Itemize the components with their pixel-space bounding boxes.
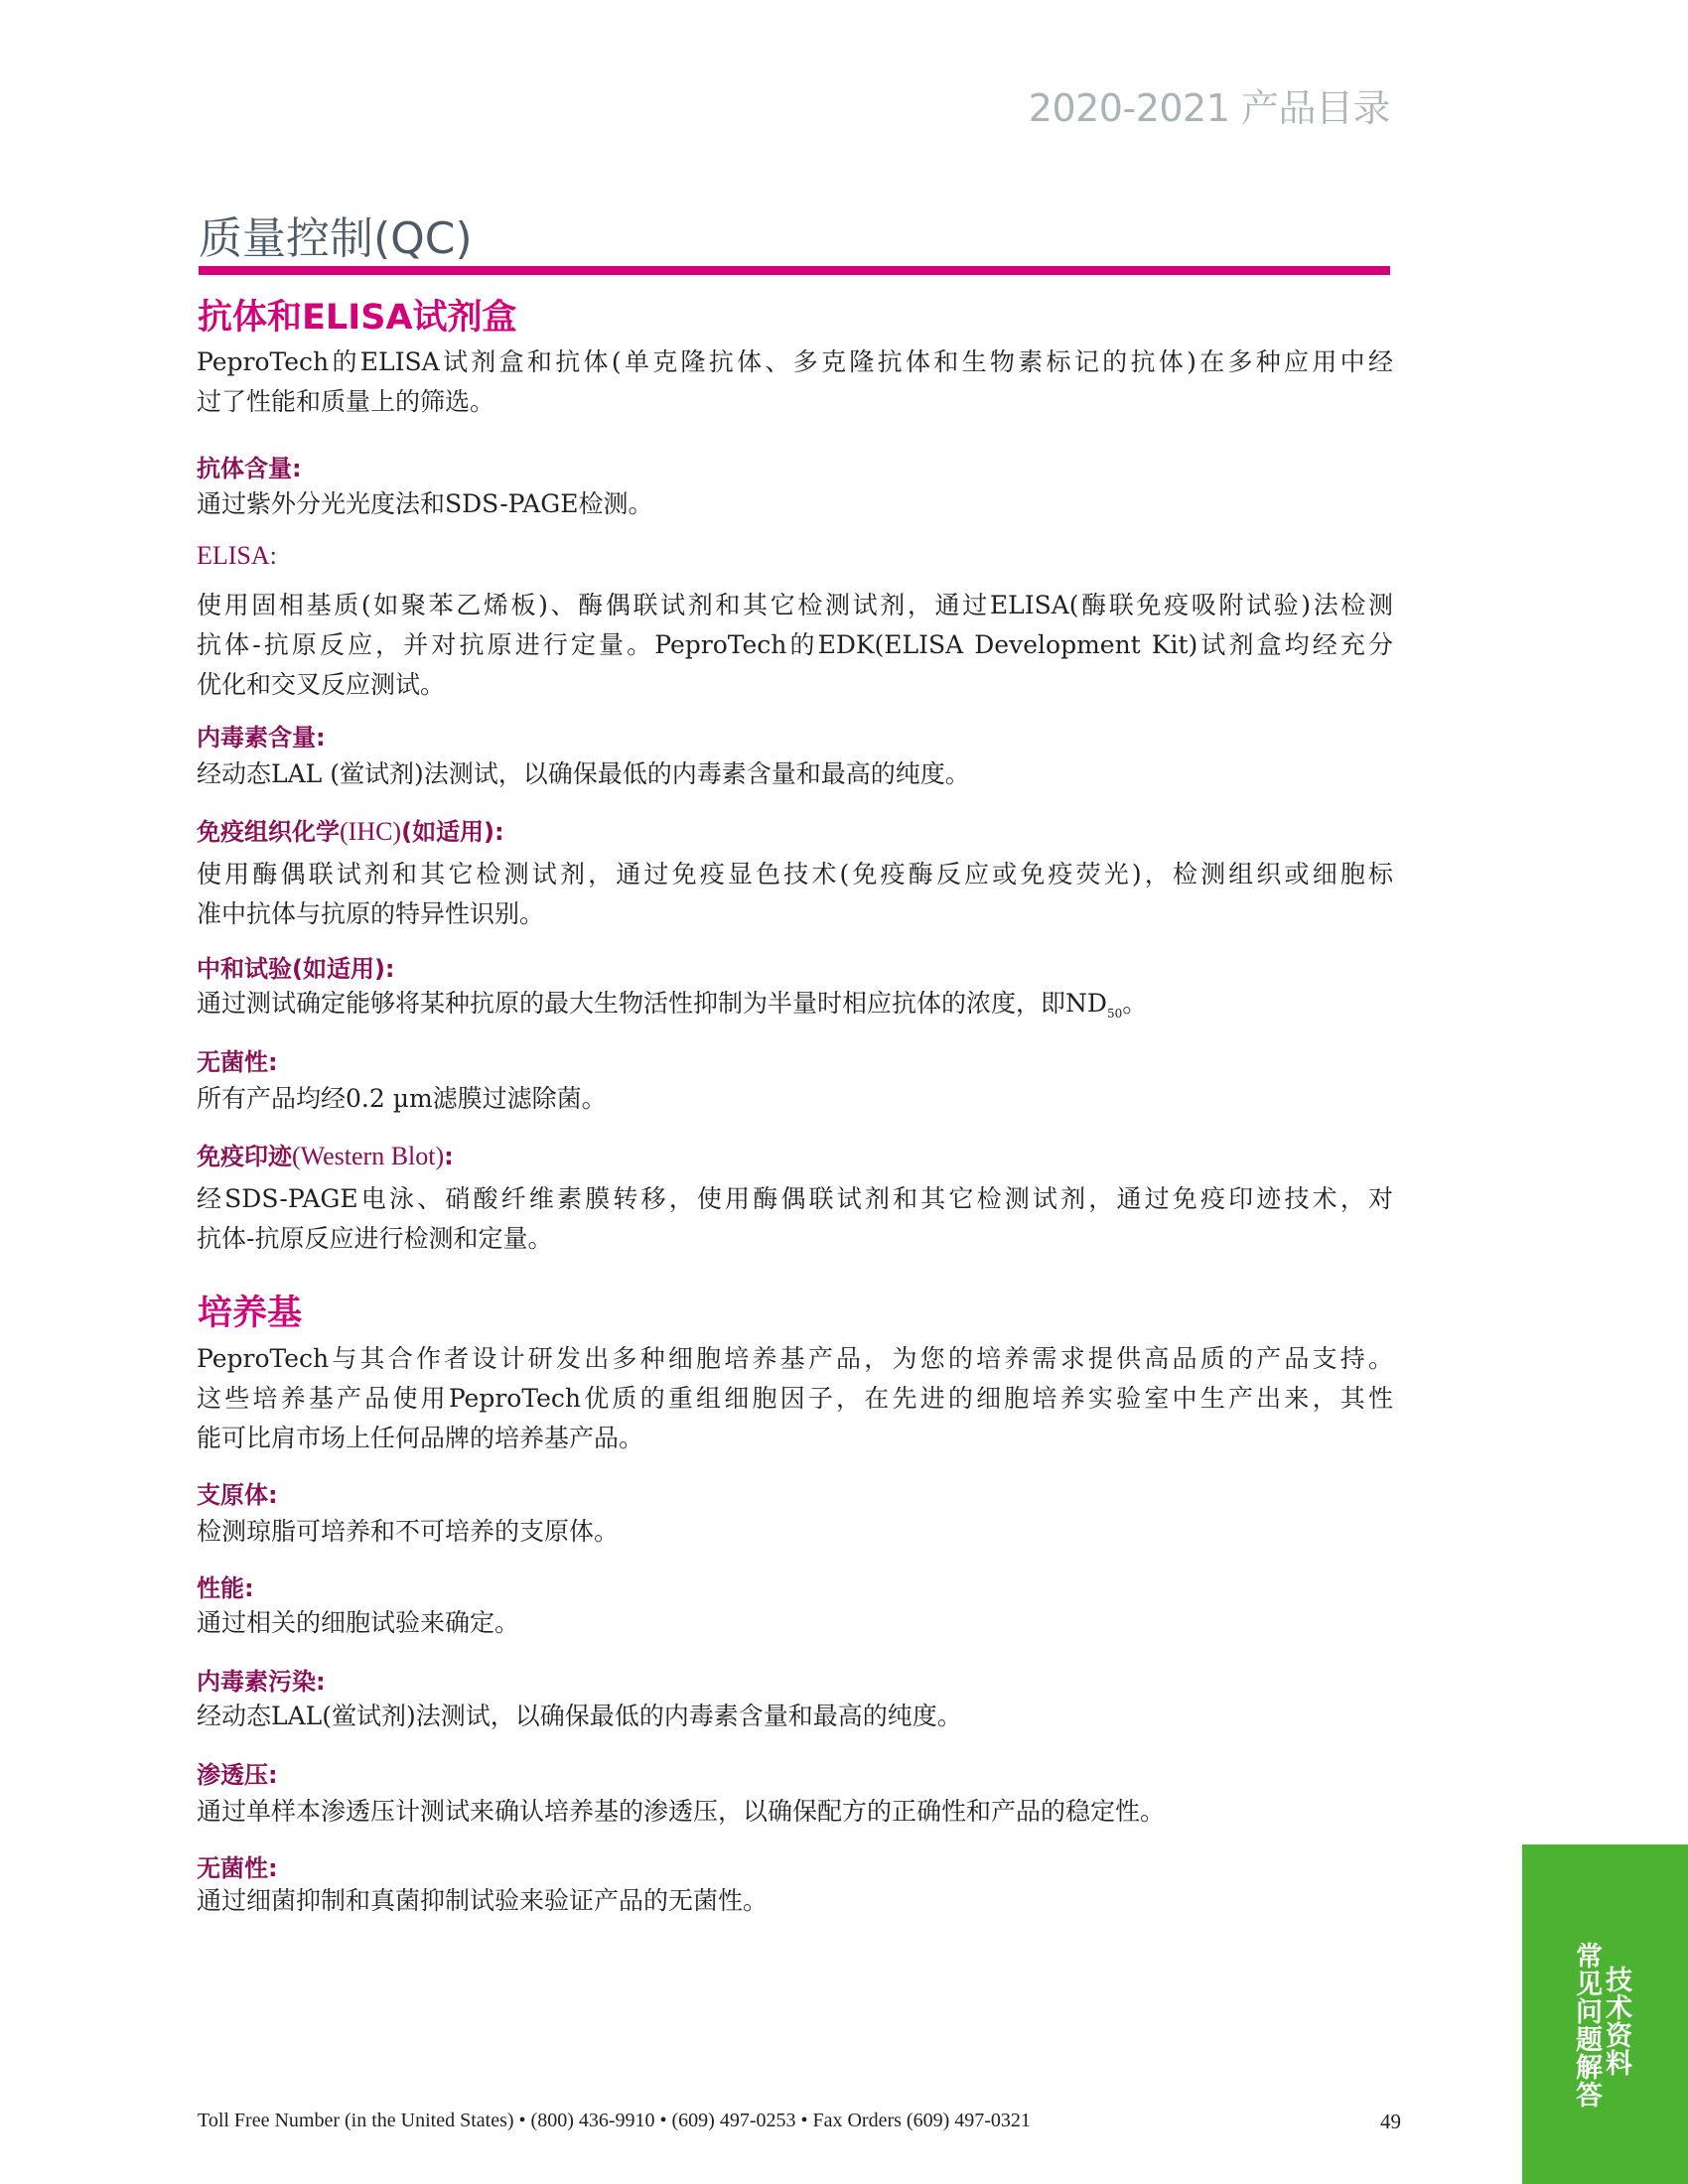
text-line: 这些培养基产品使用PeproTech优质的重组细胞因子，在先进的细胞培养实验室中… [197,1379,1393,1419]
text-line: 经动态LAL (鲎试剂)法测试，以确保最低的内毒素含量和最高的纯度。 [197,754,1393,794]
subheading-elisa: ELISA: [197,541,277,571]
item-text: 经动态LAL (鲎试剂)法测试，以确保最低的内毒素含量和最高的纯度。 [197,754,1393,794]
section-intro-antibody-elisa: PeproTech的ELISA试剂盒和抗体(单克隆抗体、多克隆抗体和生物素标记的… [197,342,1393,422]
subheading-label-cn: 免疫印迹 [197,1143,292,1170]
subheading-performance: 性能: [197,1569,254,1603]
side-tab-label-faq: 常见问题解答 [1567,1942,1606,2109]
subheading-sterility-media: 无菌性: [197,1848,278,1883]
text-line: 使用固相基质(如聚苯乙烯板)、酶偶联试剂和其它检测试剂，通过ELISA(酶联免疫… [197,586,1393,625]
page-title: 质量控制(QC) [199,203,473,266]
text-line: 过了性能和质量上的筛选。 [197,382,1393,422]
subheading-label-cn2: : [444,1143,454,1170]
text-line: 使用酶偶联试剂和其它检测试剂，通过免疫显色技术(免疫酶反应或免疫荧光)，检测组织… [197,855,1393,894]
subheading-label: ELISA: [197,541,277,570]
text-line: PeproTech的ELISA试剂盒和抗体(单克隆抗体、多克隆抗体和生物素标记的… [197,342,1393,382]
text-line: 所有产品均经0.2 µm滤膜过滤除菌。 [197,1079,1393,1119]
subheading-mycoplasma: 支原体: [197,1475,278,1510]
item-text: 所有产品均经0.2 µm滤膜过滤除菌。 [197,1079,1393,1119]
text-line: 通过相关的细胞试验来确定。 [197,1603,1393,1643]
subheading-endotoxin-content: 内毒素含量: [197,718,326,752]
text-line: 抗体-抗原反应，并对抗原进行定量。PeproTech的EDK(ELISA Dev… [197,625,1393,665]
subheading-neutralization: 中和试验(如适用): [197,949,395,984]
subheading-label-latin: (Western Blot) [292,1142,444,1170]
item-text: 通过相关的细胞试验来确定。 [197,1603,1393,1643]
item-text: 通过测试确定能够将某种抗原的最大生物活性抑制为半量时相应抗体的浓度，即ND50。 [197,984,1393,1033]
item-text: 使用酶偶联试剂和其它检测试剂，通过免疫显色技术(免疫酶反应或免疫荧光)，检测组织… [197,855,1393,934]
item-text: 通过单样本渗透压计测试来确认培养基的渗透压，以确保配方的正确性和产品的稳定性。 [197,1792,1393,1832]
page-number: 49 [1380,2110,1401,2134]
subheading-sterility: 无菌性: [197,1042,278,1077]
footer-contact: Toll Free Number (in the United States) … [198,2110,1031,2132]
section-heading-antibody-elisa: 抗体和ELISA试剂盒 [198,290,517,340]
subheading-western-blot: 免疫印迹(Western Blot): [197,1137,454,1171]
item-text: 通过细菌抑制和真菌抑制试验来验证产品的无菌性。 [197,1881,1393,1921]
subheading-ihc: 免疫组织化学(IHC)(如适用): [197,812,504,847]
item-text: 经动态LAL(鲎试剂)法测试，以确保最低的内毒素含量和最高的纯度。 [197,1697,1393,1736]
section-heading-media: 培养基 [198,1286,302,1335]
text-line: 通过测试确定能够将某种抗原的最大生物活性抑制为半量时相应抗体的浓度，即ND50。 [197,984,1393,1033]
text-line: 通过紫外分光光度法和SDS-PAGE检测。 [197,484,1393,524]
item-text: 使用固相基质(如聚苯乙烯板)、酶偶联试剂和其它检测试剂，通过ELISA(酶联免疫… [197,586,1393,705]
text-line: 经SDS-PAGE电泳、硝酸纤维素膜转移，使用酶偶联试剂和其它检测试剂，通过免疫… [197,1179,1393,1219]
item-text: 经SDS-PAGE电泳、硝酸纤维素膜转移，使用酶偶联试剂和其它检测试剂，通过免疫… [197,1179,1393,1259]
subheading-label-cn: 免疫组织化学 [197,818,340,846]
text-line: 抗体-抗原反应进行检测和定量。 [197,1219,1393,1259]
text-end: 。 [1122,989,1147,1018]
text-line: 检测琼脂可培养和不可培养的支原体。 [197,1512,1393,1552]
text-line: 能可比肩市场上任何品牌的培养基产品。 [197,1419,1393,1458]
catalog-title: 2020-2021 产品目录 [1029,77,1390,132]
side-tab-tech-faq[interactable]: 技术资料 常见问题解答 [1522,1844,1688,2184]
subheading-osmolality: 渗透压: [197,1755,278,1790]
item-text: 检测琼脂可培养和不可培养的支原体。 [197,1512,1393,1552]
text-line: 通过单样本渗透压计测试来确认培养基的渗透压，以确保配方的正确性和产品的稳定性。 [197,1792,1393,1832]
text-main: 通过测试确定能够将某种抗原的最大生物活性抑制为半量时相应抗体的浓度，即ND [197,989,1107,1018]
subheading-label-latin: (IHC) [340,817,401,846]
subscript-50: 50 [1107,1007,1122,1021]
text-line: 准中抗体与抗原的特异性识别。 [197,894,1393,934]
subheading-endotoxin-contamination: 内毒素污染: [197,1662,326,1697]
text-line: PeproTech与其合作者设计研发出多种细胞培养基产品，为您的培养需求提供高品… [197,1339,1393,1379]
text-line: 经动态LAL(鲎试剂)法测试，以确保最低的内毒素含量和最高的纯度。 [197,1697,1393,1736]
text-line: 通过细菌抑制和真菌抑制试验来验证产品的无菌性。 [197,1881,1393,1921]
title-divider [199,266,1390,275]
subheading-antibody-content: 抗体含量: [197,449,302,483]
section-intro-media: PeproTech与其合作者设计研发出多种细胞培养基产品，为您的培养需求提供高品… [197,1339,1393,1458]
subheading-label-cn2: (如适用): [401,818,504,846]
item-text: 通过紫外分光光度法和SDS-PAGE检测。 [197,484,1393,524]
text-line: 优化和交叉反应测试。 [197,665,1393,705]
